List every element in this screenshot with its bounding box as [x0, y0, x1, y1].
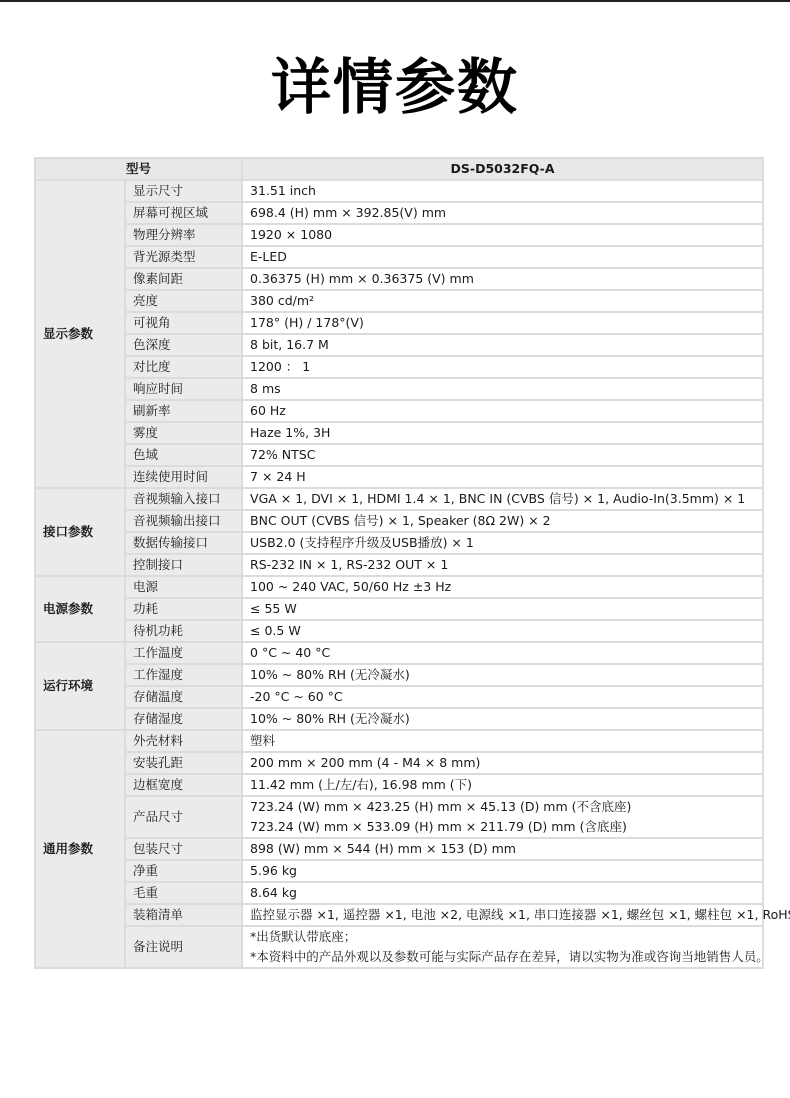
table-row: 数据传输接口USB2.0 (支持程序升级及USB播放) × 1	[35, 532, 763, 554]
spec-label: 背光源类型	[125, 246, 242, 268]
spec-value: ≤ 0.5 W	[242, 620, 763, 642]
table-row: 雾度Haze 1%, 3H	[35, 422, 763, 444]
table-row: 对比度1200 ： 1	[35, 356, 763, 378]
spec-value: 塑料	[242, 730, 763, 752]
spec-value: 31.51 inch	[242, 180, 763, 202]
table-row: 待机功耗≤ 0.5 W	[35, 620, 763, 642]
table-row: 刷新率60 Hz	[35, 400, 763, 422]
spec-label: 产品尺寸	[125, 796, 242, 838]
model-value: DS-D5032FQ-A	[242, 158, 763, 180]
spec-value: 11.42 mm (上/左/右), 16.98 mm (下)	[242, 774, 763, 796]
table-row: 边框宽度11.42 mm (上/左/右), 16.98 mm (下)	[35, 774, 763, 796]
spec-label: 边框宽度	[125, 774, 242, 796]
spec-label: 亮度	[125, 290, 242, 312]
table-row: 装箱清单监控显示器 ×1, 遥控器 ×1, 电池 ×2, 电源线 ×1, 串口连…	[35, 904, 763, 926]
spec-label: 数据传输接口	[125, 532, 242, 554]
table-row: 色深度8 bit, 16.7 M	[35, 334, 763, 356]
table-row: 连续使用时间7 × 24 H	[35, 466, 763, 488]
spec-value: 0.36375 (H) mm × 0.36375 (V) mm	[242, 268, 763, 290]
spec-label: 对比度	[125, 356, 242, 378]
table-row: 音视频输出接口BNC OUT (CVBS 信号) × 1, Speaker (8…	[35, 510, 763, 532]
table-row: 电源参数电源100 ~ 240 VAC, 50/60 Hz ±3 Hz	[35, 576, 763, 598]
spec-value: 698.4 (H) mm × 392.85(V) mm	[242, 202, 763, 224]
spec-value: -20 °C ~ 60 °C	[242, 686, 763, 708]
spec-label: 刷新率	[125, 400, 242, 422]
table-row: 备注说明*出货默认带底座；*本资料中的产品外观以及参数可能与实际产品存在差异，请…	[35, 926, 763, 968]
spec-label: 存储湿度	[125, 708, 242, 730]
spec-value: 8 bit, 16.7 M	[242, 334, 763, 356]
spec-value: 1200 ： 1	[242, 356, 763, 378]
table-row: 控制接口RS-232 IN × 1, RS-232 OUT × 1	[35, 554, 763, 576]
table-row: 功耗≤ 55 W	[35, 598, 763, 620]
spec-value: 10% ~ 80% RH (无冷凝水)	[242, 708, 763, 730]
table-row: 亮度380 cd/m²	[35, 290, 763, 312]
group-label: 通用参数	[35, 730, 125, 968]
spec-value: 380 cd/m²	[242, 290, 763, 312]
table-row: 通用参数外壳材料塑料	[35, 730, 763, 752]
group-label: 电源参数	[35, 576, 125, 642]
group-label: 运行环境	[35, 642, 125, 730]
spec-value: VGA × 1, DVI × 1, HDMI 1.4 × 1, BNC IN (…	[242, 488, 763, 510]
spec-value: 200 mm × 200 mm (4 - M4 × 8 mm)	[242, 752, 763, 774]
spec-value: 0 °C ~ 40 °C	[242, 642, 763, 664]
model-label: 型号	[35, 158, 242, 180]
group-label: 显示参数	[35, 180, 125, 488]
table-row: 毛重8.64 kg	[35, 882, 763, 904]
spec-label: 功耗	[125, 598, 242, 620]
spec-label: 存储温度	[125, 686, 242, 708]
table-row: 产品尺寸723.24 (W) mm × 423.25 (H) mm × 45.1…	[35, 796, 763, 838]
spec-label: 显示尺寸	[125, 180, 242, 202]
spec-label: 响应时间	[125, 378, 242, 400]
table-row: 色域72% NTSC	[35, 444, 763, 466]
spec-label: 连续使用时间	[125, 466, 242, 488]
spec-label: 备注说明	[125, 926, 242, 968]
spec-label: 色深度	[125, 334, 242, 356]
spec-label: 毛重	[125, 882, 242, 904]
spec-label: 色域	[125, 444, 242, 466]
table-row: 存储湿度10% ~ 80% RH (无冷凝水)	[35, 708, 763, 730]
spec-value: 72% NTSC	[242, 444, 763, 466]
spec-value-line: 723.24 (W) mm × 423.25 (H) mm × 45.13 (D…	[250, 797, 755, 817]
table-row: 工作湿度10% ~ 80% RH (无冷凝水)	[35, 664, 763, 686]
table-header-row: 型号 DS-D5032FQ-A	[35, 158, 763, 180]
spec-label: 雾度	[125, 422, 242, 444]
table-row: 可视角178° (H) / 178°(V)	[35, 312, 763, 334]
spec-value: ≤ 55 W	[242, 598, 763, 620]
spec-label: 音视频输出接口	[125, 510, 242, 532]
table-row: 背光源类型E-LED	[35, 246, 763, 268]
spec-value: 100 ~ 240 VAC, 50/60 Hz ±3 Hz	[242, 576, 763, 598]
spec-value: RS-232 IN × 1, RS-232 OUT × 1	[242, 554, 763, 576]
table-row: 运行环境工作温度0 °C ~ 40 °C	[35, 642, 763, 664]
table-row: 响应时间8 ms	[35, 378, 763, 400]
spec-value: 178° (H) / 178°(V)	[242, 312, 763, 334]
spec-value-line: 723.24 (W) mm × 533.09 (H) mm × 211.79 (…	[250, 817, 755, 837]
table-row: 安装孔距200 mm × 200 mm (4 - M4 × 8 mm)	[35, 752, 763, 774]
spec-label: 工作温度	[125, 642, 242, 664]
spec-value: USB2.0 (支持程序升级及USB播放) × 1	[242, 532, 763, 554]
table-row: 屏幕可视区域698.4 (H) mm × 392.85(V) mm	[35, 202, 763, 224]
spec-label: 像素间距	[125, 268, 242, 290]
spec-value: 5.96 kg	[242, 860, 763, 882]
spec-label: 净重	[125, 860, 242, 882]
spec-label: 安装孔距	[125, 752, 242, 774]
group-label: 接口参数	[35, 488, 125, 576]
table-row: 净重5.96 kg	[35, 860, 763, 882]
spec-value: 1920 × 1080	[242, 224, 763, 246]
spec-value: 723.24 (W) mm × 423.25 (H) mm × 45.13 (D…	[242, 796, 763, 838]
spec-label: 装箱清单	[125, 904, 242, 926]
table-row: 像素间距0.36375 (H) mm × 0.36375 (V) mm	[35, 268, 763, 290]
table-row: 存储温度-20 °C ~ 60 °C	[35, 686, 763, 708]
spec-label: 可视角	[125, 312, 242, 334]
table-row: 接口参数音视频输入接口VGA × 1, DVI × 1, HDMI 1.4 × …	[35, 488, 763, 510]
spec-value: E-LED	[242, 246, 763, 268]
page-title: 详情参数	[0, 48, 790, 128]
table-row: 显示参数显示尺寸31.51 inch	[35, 180, 763, 202]
spec-value: *出货默认带底座；*本资料中的产品外观以及参数可能与实际产品存在差异，请以实物为…	[242, 926, 763, 968]
spec-label: 工作湿度	[125, 664, 242, 686]
spec-table: 型号 DS-D5032FQ-A 显示参数显示尺寸31.51 inch屏幕可视区域…	[34, 157, 764, 969]
spec-label: 待机功耗	[125, 620, 242, 642]
spec-label: 物理分辨率	[125, 224, 242, 246]
spec-value: 7 × 24 H	[242, 466, 763, 488]
spec-value: 8 ms	[242, 378, 763, 400]
top-border-line	[0, 0, 790, 2]
table-row: 包装尺寸898 (W) mm × 544 (H) mm × 153 (D) mm	[35, 838, 763, 860]
spec-value: 60 Hz	[242, 400, 763, 422]
spec-label: 屏幕可视区域	[125, 202, 242, 224]
spec-label: 音视频输入接口	[125, 488, 242, 510]
spec-value: 8.64 kg	[242, 882, 763, 904]
table-row: 物理分辨率1920 × 1080	[35, 224, 763, 246]
spec-value-line: *出货默认带底座；	[250, 927, 755, 947]
spec-label: 包装尺寸	[125, 838, 242, 860]
spec-value-line: *本资料中的产品外观以及参数可能与实际产品存在差异，请以实物为准或咨询当地销售人…	[250, 947, 755, 967]
spec-value: BNC OUT (CVBS 信号) × 1, Speaker (8Ω 2W) ×…	[242, 510, 763, 532]
spec-label: 外壳材料	[125, 730, 242, 752]
spec-label: 控制接口	[125, 554, 242, 576]
spec-label: 电源	[125, 576, 242, 598]
spec-value: 监控显示器 ×1, 遥控器 ×1, 电池 ×2, 电源线 ×1, 串口连接器 ×…	[242, 904, 763, 926]
spec-value: 10% ~ 80% RH (无冷凝水)	[242, 664, 763, 686]
spec-value: Haze 1%, 3H	[242, 422, 763, 444]
spec-value: 898 (W) mm × 544 (H) mm × 153 (D) mm	[242, 838, 763, 860]
